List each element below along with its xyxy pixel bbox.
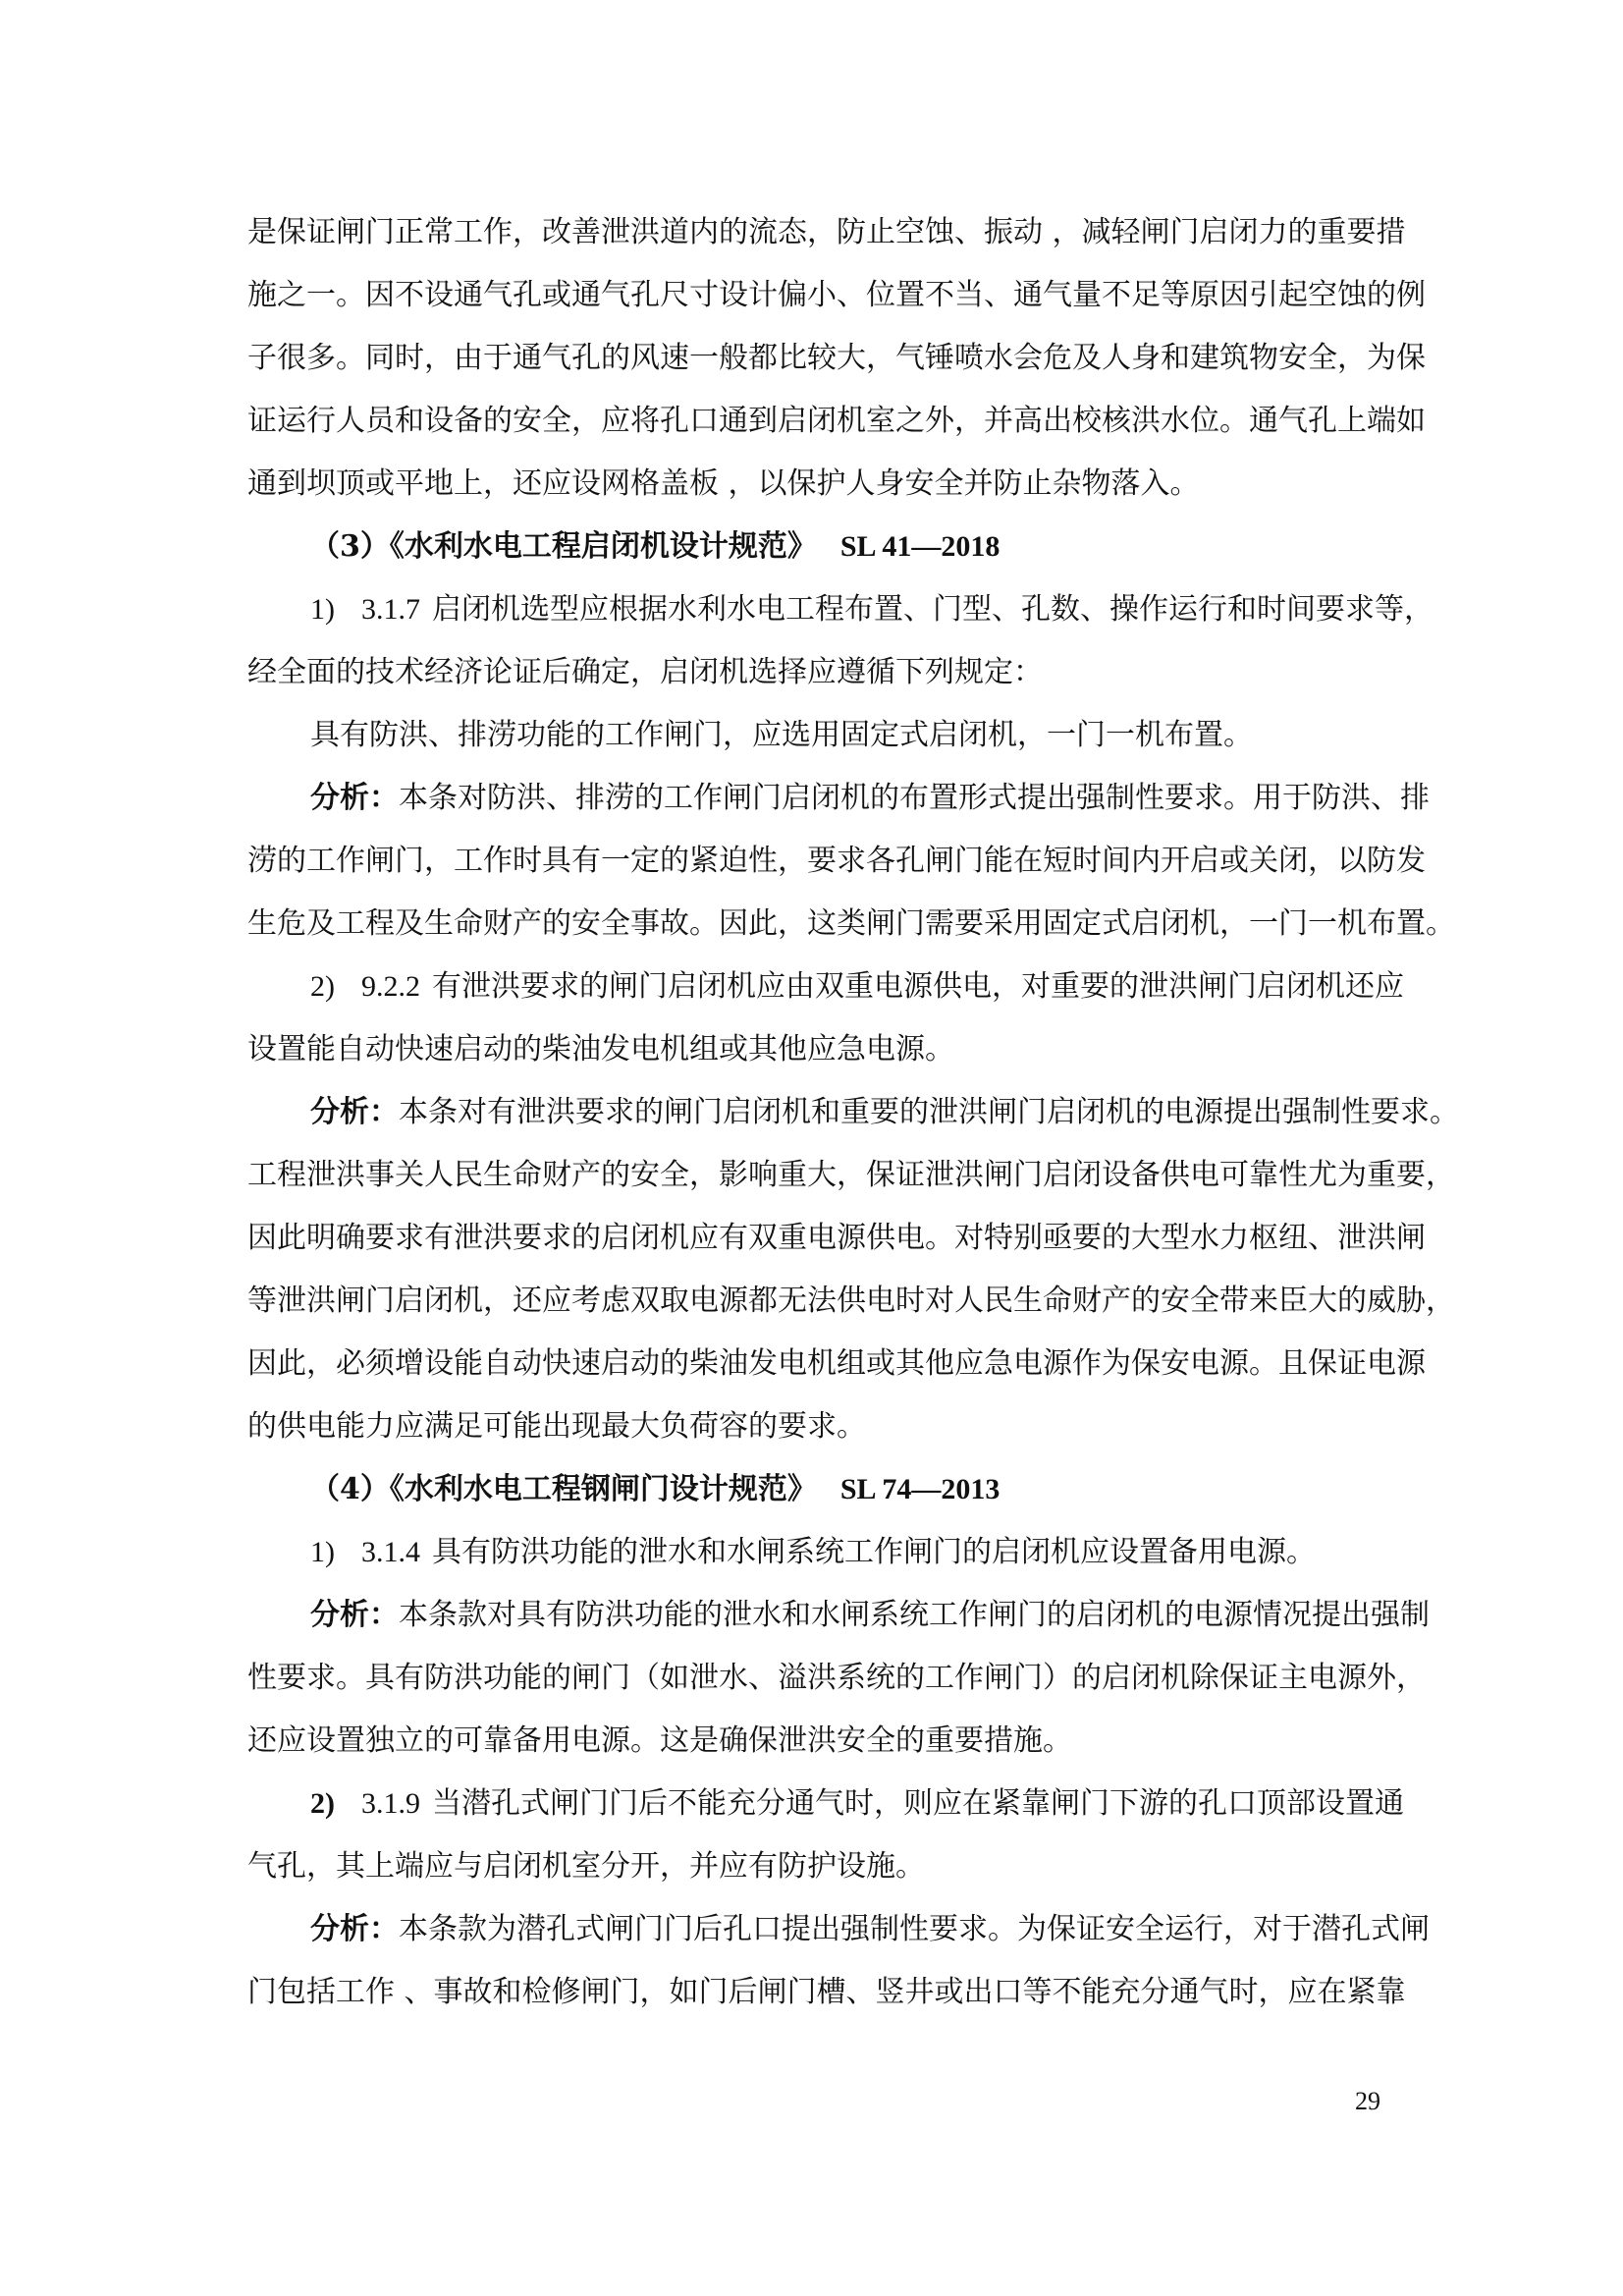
section-heading-3: （3）《水利水电工程启闭机设计规范》SL 41—2018 [247, 516, 1377, 578]
analysis-line: 工程泄洪事关人民生命财产的安全，影响重大，保证泄洪闸门启闭设备供电可靠性尤为重要… [247, 1144, 1377, 1207]
analysis-line: 涝的工作闸门，工作时具有一定的紧迫性，要求各孔闸门能在短时间内开启或关闭，以防发 [247, 830, 1377, 893]
standard-code: SL 41—2018 [840, 530, 1001, 563]
clause-line: 2)3.1.9当潜孔式闸门门后不能充分通气时，则应在紧靠闸门下游的孔口顶部设置通 [247, 1773, 1377, 1835]
analysis-label: 分析： [310, 1912, 399, 1946]
clause-line: 经全面的技术经济论证后确定，启闭机选择应遵循下列规定： [247, 641, 1377, 704]
clause-line: 1)3.1.4具有防洪功能的泄水和水闸系统工作闸门的启闭机应设置备用电源。 [247, 1521, 1377, 1584]
page-number: 29 [1355, 2087, 1380, 2116]
clause-text: 有泄洪要求的闸门启闭机应由双重电源供电，对重要的泄洪闸门启闭机还应 [432, 969, 1404, 1004]
analysis-line: 分析：本条对防洪、排涝的工作闸门启闭机的布置形式提出强制性要求。用于防洪、排 [247, 767, 1377, 830]
standard-code: SL 74—2013 [840, 1473, 1001, 1505]
analysis-line: 因此明确要求有泄洪要求的启闭机应有双重电源供电。对特别亟要的大型水力枢纽、泄洪闸 [247, 1207, 1377, 1270]
paragraph-line: 通到坝顶或平地上，还应设网格盖板 ，以保护人身安全并防止杂物落入。 [247, 453, 1377, 516]
analysis-label: 分析： [310, 1598, 399, 1632]
analysis-line: 性要求。具有防洪功能的闸门（如泄水、溢洪系统的工作闸门）的启闭机除保证主电源外， [247, 1647, 1377, 1710]
clause-text: 当潜孔式闸门门后不能充分通气时，则应在紧靠闸门下游的孔口顶部设置通 [432, 1786, 1404, 1821]
analysis-text: 本条对有泄洪要求的闸门启闭机和重要的泄洪闸门启闭机的电源提出强制性要求。 [399, 1095, 1459, 1129]
item-number: 1) [310, 1521, 361, 1584]
analysis-text: 本条款为潜孔式闸门门后孔口提出强制性要求。为保证安全运行，对于潜孔式闸 [399, 1912, 1430, 1946]
analysis-line: 因此，必须增设能自动快速启动的柴油发电机组或其他应急电源作为保安电源。且保证电源 [247, 1333, 1377, 1395]
clause-line: 2)9.2.2有泄洪要求的闸门启闭机应由双重电源供电，对重要的泄洪闸门启闭机还应 [247, 956, 1377, 1018]
analysis-line: 分析：本条款为潜孔式闸门门后孔口提出强制性要求。为保证安全运行，对于潜孔式闸 [247, 1898, 1377, 1961]
clause-number: 3.1.4 [361, 1536, 420, 1568]
clause-line: 气孔，其上端应与启闭机室分开，并应有防护设施。 [247, 1835, 1377, 1898]
analysis-line: 还应设置独立的可靠备用电源。这是确保泄洪安全的重要措施。 [247, 1710, 1377, 1773]
heading-prefix: （4） [310, 1472, 390, 1506]
heading-prefix: （3） [310, 529, 390, 564]
paragraph-line: 子很多。同时，由于通气孔的风速一般都比较大，气锤喷水会危及人身和建筑物安全，为保 [247, 327, 1377, 390]
item-number: 2) [310, 1773, 361, 1835]
analysis-line: 分析：本条款对具有防洪功能的泄水和水闸系统工作闸门的启闭机的电源情况提出强制 [247, 1584, 1377, 1647]
paragraph-line: 是保证闸门正常工作，改善泄洪道内的流态，防止空蚀、振动 ，减轻闸门启闭力的重要措 [247, 201, 1377, 264]
clause-text: 具有防洪功能的泄水和水闸系统工作闸门的启闭机应设置备用电源。 [432, 1535, 1316, 1569]
heading-title: 《水利水电工程启闭机设计规范》 [390, 529, 817, 564]
clause-number: 3.1.7 [361, 593, 420, 626]
analysis-line: 生危及工程及生命财产的安全事故。因此，这类闸门需要采用固定式启闭机，一门一机布置… [247, 893, 1377, 956]
heading-title: 《水利水电工程钢闸门设计规范》 [390, 1472, 817, 1506]
analysis-line: 分析：本条对有泄洪要求的闸门启闭机和重要的泄洪闸门启闭机的电源提出强制性要求。 [247, 1081, 1377, 1144]
analysis-line: 门包括工作 、事故和检修闸门，如门后闸门槽、竖井或出口等不能充分通气时，应在紧靠 [247, 1961, 1377, 2024]
analysis-text: 本条款对具有防洪功能的泄水和水闸系统工作闸门的启闭机的电源情况提出强制 [399, 1598, 1430, 1632]
clause-number: 3.1.9 [361, 1787, 420, 1820]
clause-line: 1)3.1.7启闭机选型应根据水利水电工程布置、门型、孔数、操作运行和时间要求等… [247, 578, 1377, 641]
section-heading-4: （4）《水利水电工程钢闸门设计规范》SL 74—2013 [247, 1458, 1377, 1521]
analysis-line: 的供电能力应满足可能出现最大负荷容的要求。 [247, 1395, 1377, 1458]
item-number: 2) [310, 956, 361, 1018]
clause-line: 设置能自动快速启动的柴油发电机组或其他应急电源。 [247, 1018, 1377, 1081]
analysis-line: 等泄洪闸门启闭机，还应考虑双取电源都无法供电时对人民生命财产的安全带来臣大的威胁… [247, 1270, 1377, 1333]
rule-line: 具有防洪、排涝功能的工作闸门，应选用固定式启闭机，一门一机布置。 [247, 704, 1377, 767]
page-body: 是保证闸门正常工作，改善泄洪道内的流态，防止空蚀、振动 ，减轻闸门启闭力的重要措… [247, 201, 1377, 2024]
analysis-text: 本条对防洪、排涝的工作闸门启闭机的布置形式提出强制性要求。用于防洪、排 [399, 781, 1430, 815]
analysis-label: 分析： [310, 1095, 399, 1129]
clause-number: 9.2.2 [361, 970, 420, 1003]
item-number: 1) [310, 578, 361, 641]
analysis-label: 分析： [310, 781, 399, 815]
clause-text: 启闭机选型应根据水利水电工程布置、门型、孔数、操作运行和时间要求等， [432, 592, 1434, 627]
paragraph-line: 施之一。因不设通气孔或通气孔尺寸设计偏小、位置不当、通气量不足等原因引起空蚀的例 [247, 264, 1377, 327]
paragraph-line: 证运行人员和设备的安全，应将孔口通到启闭机室之外，并高出校核洪水位。通气孔上端如 [247, 390, 1377, 453]
